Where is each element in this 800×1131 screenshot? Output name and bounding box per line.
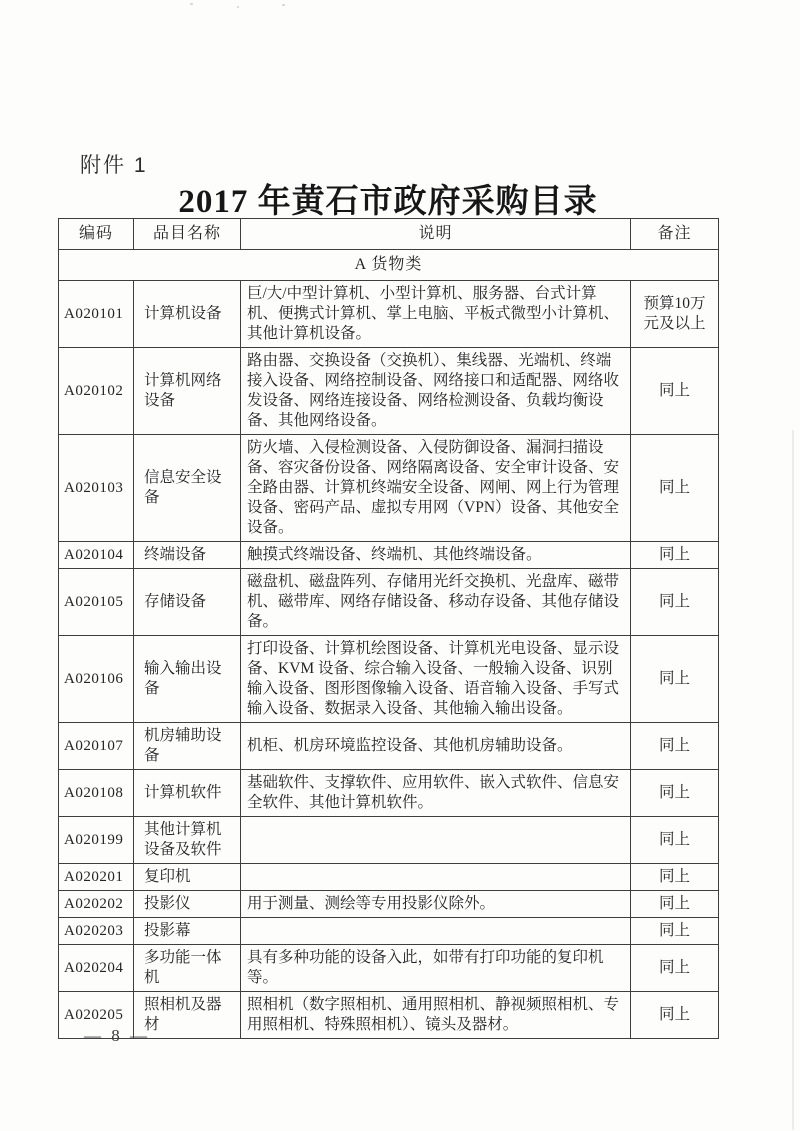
cell-code: A020105 [59,569,134,636]
cell-code: A020203 [59,918,134,945]
cell-desc [241,817,631,864]
cell-code: A020202 [59,891,134,918]
cell-name: 信息安全设备 [134,435,241,542]
cell-name: 计算机软件 [134,770,241,817]
cell-remark: 预算10万元及以上 [631,281,719,348]
table-row: A020102计算机网络设备路由器、交换设备（交换机）、集线器、光端机、终端接入… [59,348,719,435]
cell-remark: 同上 [631,770,719,817]
cell-remark: 同上 [631,891,719,918]
cell-remark: 同上 [631,435,719,542]
cell-name: 终端设备 [134,542,241,569]
cell-code: A020108 [59,770,134,817]
cell-desc: 具有多种功能的设备入此，如带有打印功能的复印机等。 [241,945,631,992]
cell-desc: 巨/大/中型计算机、小型计算机、服务器、台式计算机、便携式计算机、掌上电脑、平板… [241,281,631,348]
cell-remark: 同上 [631,945,719,992]
cell-code: A020101 [59,281,134,348]
section-title: A 货物类 [59,250,719,281]
cell-code: A020102 [59,348,134,435]
table-row: A020101计算机设备巨/大/中型计算机、小型计算机、服务器、台式计算机、便携… [59,281,719,348]
cell-code: A020204 [59,945,134,992]
column-header-name: 品目名称 [134,219,241,250]
cell-remark: 同上 [631,723,719,770]
table-row: A020103信息安全设备防火墙、入侵检测设备、入侵防御设备、漏洞扫描设备、容灾… [59,435,719,542]
cell-desc: 用于测量、测绘等专用投影仪除外。 [241,891,631,918]
cell-name: 多功能一体机 [134,945,241,992]
procurement-catalog-table: 编码 品目名称 说明 备注 A 货物类 A020101计算机设备巨/大/中型计算… [58,218,719,1039]
table-header-row: 编码 品目名称 说明 备注 [59,219,719,250]
scan-speck [282,4,285,6]
scan-edge-shadow [792,430,794,1130]
cell-name: 计算机设备 [134,281,241,348]
cell-code: A020201 [59,864,134,891]
column-header-remark: 备注 [631,219,719,250]
cell-remark: 同上 [631,918,719,945]
cell-name: 输入输出设备 [134,636,241,723]
cell-remark: 同上 [631,636,719,723]
cell-desc: 磁盘机、磁盘阵列、存储用光纤交换机、光盘库、磁带机、磁带库、网络存储设备、移动存… [241,569,631,636]
page-title: 2017 年黄石市政府采购目录 [58,175,718,222]
cell-desc: 打印设备、计算机绘图设备、计算机光电设备、显示设备、KVM 设备、综合输入设备、… [241,636,631,723]
cell-name: 复印机 [134,864,241,891]
column-header-desc: 说明 [241,219,631,250]
table-row: A020106输入输出设备打印设备、计算机绘图设备、计算机光电设备、显示设备、K… [59,636,719,723]
cell-remark: 同上 [631,569,719,636]
cell-desc: 机柜、机房环境监控设备、其他机房辅助设备。 [241,723,631,770]
cell-desc: 触摸式终端设备、终端机、其他终端设备。 [241,542,631,569]
cell-desc [241,918,631,945]
table-row: A020202投影仪用于测量、测绘等专用投影仪除外。同上 [59,891,719,918]
section-row-goods: A 货物类 [59,250,719,281]
cell-name: 投影幕 [134,918,241,945]
table-row: A020199其他计算机设备及软件同上 [59,817,719,864]
table-row: A020105存储设备磁盘机、磁盘阵列、存储用光纤交换机、光盘库、磁带机、磁带库… [59,569,719,636]
cell-desc: 基础软件、支撑软件、应用软件、嵌入式软件、信息安全软件、其他计算机软件。 [241,770,631,817]
page-number: — 8 — [84,1026,150,1046]
cell-desc: 防火墙、入侵检测设备、入侵防御设备、漏洞扫描设备、容灾备份设备、网络隔离设备、安… [241,435,631,542]
cell-name: 计算机网络设备 [134,348,241,435]
cell-desc: 路由器、交换设备（交换机）、集线器、光端机、终端接入设备、网络控制设备、网络接口… [241,348,631,435]
cell-name: 存储设备 [134,569,241,636]
scan-speck [190,3,193,5]
cell-code: A020107 [59,723,134,770]
cell-remark: 同上 [631,992,719,1039]
column-header-code: 编码 [59,219,134,250]
table-row: A020201复印机同上 [59,864,719,891]
cell-remark: 同上 [631,542,719,569]
cell-code: A020103 [59,435,134,542]
scanned-document-page: 附件 1 2017 年黄石市政府采购目录 编码 品目名称 说明 备注 A 货物类… [0,0,800,1131]
table-row: A020205照相机及器材照相机（数字照相机、通用照相机、静视频照相机、专用照相… [59,992,719,1039]
cell-code: A020199 [59,817,134,864]
cell-name: 其他计算机设备及软件 [134,817,241,864]
cell-remark: 同上 [631,817,719,864]
cell-code: A020106 [59,636,134,723]
cell-code: A020104 [59,542,134,569]
table-row: A020204多功能一体机具有多种功能的设备入此，如带有打印功能的复印机等。同上 [59,945,719,992]
table-body: A 货物类 A020101计算机设备巨/大/中型计算机、小型计算机、服务器、台式… [59,250,719,1039]
cell-remark: 同上 [631,864,719,891]
cell-name: 投影仪 [134,891,241,918]
table-row: A020203投影幕同上 [59,918,719,945]
cell-desc: 照相机（数字照相机、通用照相机、静视频照相机、专用照相机、特殊照相机）、镜头及器… [241,992,631,1039]
scan-speck [237,6,239,8]
cell-remark: 同上 [631,348,719,435]
table-row: A020104终端设备触摸式终端设备、终端机、其他终端设备。同上 [59,542,719,569]
table-row: A020108计算机软件基础软件、支撑软件、应用软件、嵌入式软件、信息安全软件、… [59,770,719,817]
table-row: A020107机房辅助设备机柜、机房环境监控设备、其他机房辅助设备。同上 [59,723,719,770]
cell-desc [241,864,631,891]
cell-name: 机房辅助设备 [134,723,241,770]
